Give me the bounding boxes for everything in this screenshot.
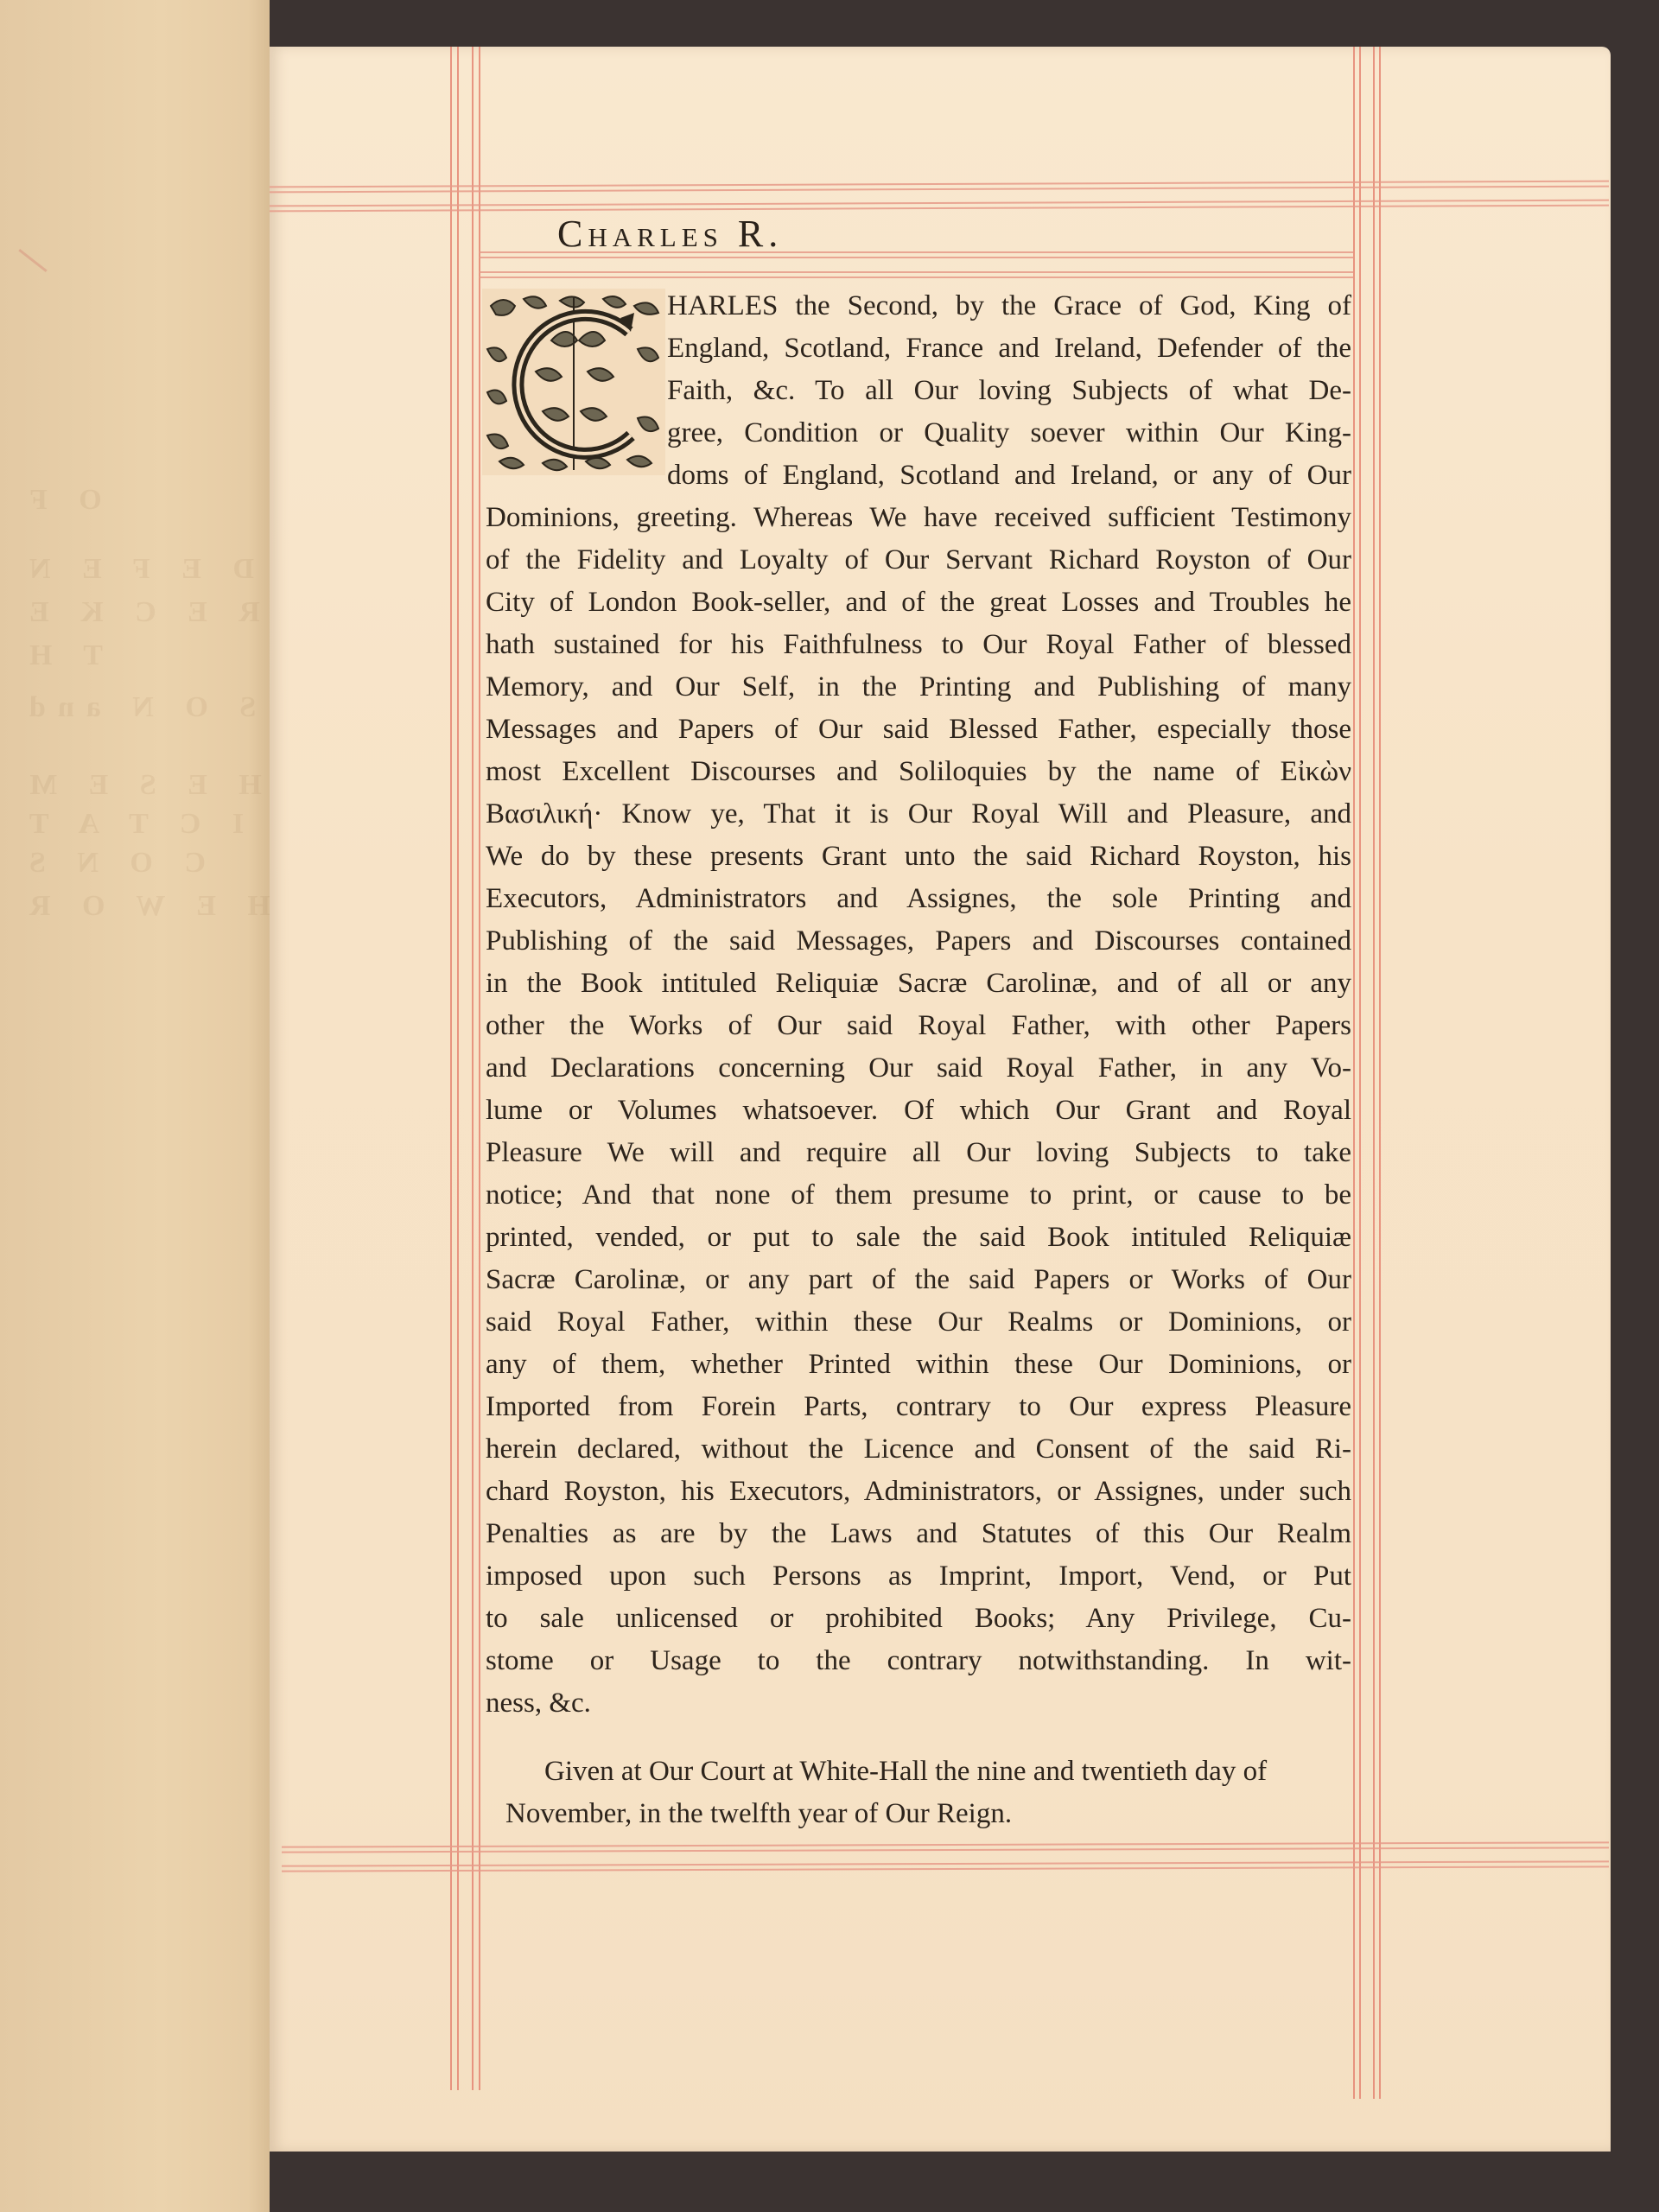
text-line: gree, Condition or Quality soever within… [667, 412, 1351, 454]
text-line: Faith, &c. To all Our loving Subjects of… [667, 370, 1351, 412]
text-line: Dominions, greeting. Whereas We have rec… [486, 497, 1351, 539]
text-line: of the Fidelity and Loyalty of Our Serva… [486, 539, 1351, 582]
text-line: Memory, and Our Self, in the Printing an… [486, 666, 1351, 709]
showthrough-text: T H E S E M [17, 769, 312, 802]
text-line: City of London Book-seller, and of the g… [486, 582, 1351, 624]
text-line: We do by these presents Grant unto the s… [486, 836, 1351, 878]
margin-rule [450, 47, 452, 2090]
margin-rule [457, 47, 459, 2090]
margin-rule [472, 47, 474, 2090]
showthrough-text: O F [17, 484, 102, 517]
heading-rule [479, 276, 1353, 278]
text-line: England, Scotland, France and Ireland, D… [667, 327, 1351, 370]
dating-clause: November, in the twelfth year of Our Rei… [505, 1793, 1012, 1835]
margin-rule [1359, 47, 1361, 2099]
text-line: printed, vended, or put to sale the said… [486, 1217, 1351, 1259]
showthrough-text: D I C T A T [17, 808, 296, 841]
text-line: most Excellent Discourses and Soliloquie… [486, 751, 1351, 793]
text-line: lume or Volumes whatsoever. Of which Our… [486, 1090, 1351, 1132]
margin-rule [1353, 47, 1355, 2099]
text-line: any of them, whether Printed within thes… [486, 1344, 1351, 1386]
text-line: in the Book intituled Reliquiæ Sacræ Car… [486, 963, 1351, 1005]
heading-rule [479, 271, 1353, 273]
facing-left-page: O F D E F E N R E C K E T H S O N and T … [0, 0, 270, 2212]
text-line: chard Royston, his Executors, Administra… [486, 1471, 1351, 1513]
dating-clause: Given at Our Court at White-Hall the nin… [544, 1751, 1267, 1793]
text-line: Βασιλική· Know ye, That it is Our Royal … [486, 793, 1351, 836]
text-line: Penalties as are by the Laws and Statute… [486, 1513, 1351, 1555]
text-line: herein declared, without the Licence and… [486, 1428, 1351, 1471]
text-line: Executors, Administrators and Assignes, … [486, 878, 1351, 920]
showthrough-text: C O N S [17, 847, 206, 880]
text-line: Imported from Forein Parts, contrary to … [486, 1386, 1351, 1428]
text-line: Sacræ Carolinæ, or any part of the said … [486, 1259, 1351, 1301]
showthrough-text: D E F E N [17, 553, 254, 586]
showthrough-text: T H [17, 639, 103, 672]
text-line: Messages and Papers of Our said Blessed … [486, 709, 1351, 751]
text-line: notice; And that none of them presume to… [486, 1174, 1351, 1217]
text-line: to sale unlicensed or prohibited Books; … [486, 1598, 1351, 1640]
margin-rule [479, 47, 480, 2090]
text-line: hath sustained for his Faithfulness to O… [486, 624, 1351, 666]
heading-rule [479, 257, 1353, 258]
text-line: imposed upon such Persons as Imprint, Im… [486, 1555, 1351, 1598]
text-line: Publishing of the said Messages, Papers … [486, 920, 1351, 963]
decorated-initial-c-icon [482, 289, 665, 475]
text-line: and Declarations concerning Our said Roy… [486, 1047, 1351, 1090]
showthrough-text: R E C K E [17, 596, 260, 629]
ink-mark [18, 249, 47, 272]
showthrough-text: S O N and [17, 691, 256, 724]
text-line: doms of England, Scotland and Ireland, o… [667, 454, 1351, 497]
margin-rule [1373, 47, 1375, 2099]
text-line: HARLES the Second, by the Grace of God, … [667, 285, 1351, 327]
page-heading: Charles R. [557, 212, 783, 256]
text-line: said Royal Father, within these Our Real… [486, 1301, 1351, 1344]
text-line: Pleasure We will and require all Our lov… [486, 1132, 1351, 1174]
text-line: ness, &c. [486, 1682, 591, 1725]
text-line: stome or Usage to the contrary notwithst… [486, 1640, 1351, 1682]
margin-rule [1379, 47, 1381, 2099]
text-line: other the Works of Our said Royal Father… [486, 1005, 1351, 1047]
